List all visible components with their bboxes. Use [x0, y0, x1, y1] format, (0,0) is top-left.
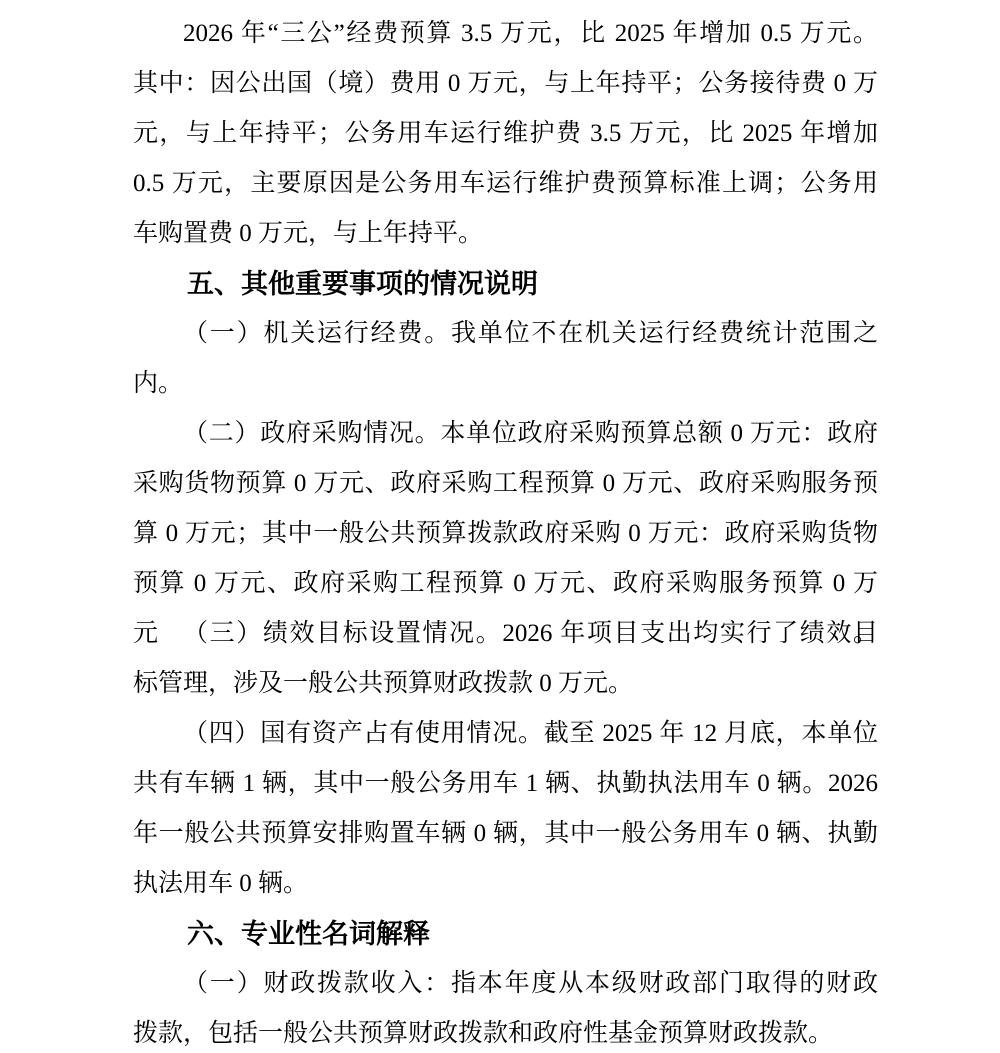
text-line: （四）国有资产占有使用情况。截至 2025 年 12 月底，本单位 — [133, 709, 878, 759]
text-line: （二）政府采购情况。本单位政府采购预算总额 0 万元：政府 — [133, 409, 878, 459]
text-line: 执法用车 0 辆。 — [133, 859, 878, 909]
document-body: 2026 年“三公”经费预算 3.5 万元，比 2025 年增加 0.5 万元。… — [133, 9, 878, 1053]
text-line: 预算 0 万元、政府采购工程预算 0 万元、政府采购服务预算 0 万元。 — [133, 559, 878, 609]
text-line: 元，与上年持平；公务用车运行维护费 3.5 万元，比 2025 年增加 — [133, 109, 878, 159]
text-line: 拨款，包括一般公共预算财政拨款和政府性基金预算财政拨款。 — [133, 1009, 878, 1053]
text-line: 标管理，涉及一般公共预算财政拨款 0 万元。 — [133, 659, 878, 709]
section-heading: 六、专业性名词解释 — [133, 909, 878, 959]
text-line: 共有车辆 1 辆，其中一般公务用车 1 辆、执勤执法用车 0 辆。2026 — [133, 759, 878, 809]
text-line: （三）绩效目标设置情况。2026 年项目支出均实行了绩效目 — [133, 609, 878, 659]
text-line: 其中：因公出国（境）费用 0 万元，与上年持平；公务接待费 0 万 — [133, 59, 878, 109]
text-line: 算 0 万元；其中一般公共预算拨款政府采购 0 万元：政府采购货物 — [133, 509, 878, 559]
text-line: （一）机关运行经费。我单位不在机关运行经费统计范围之 — [133, 309, 878, 359]
text-line: 内。 — [133, 359, 878, 409]
section-heading: 五、其他重要事项的情况说明 — [133, 259, 878, 309]
text-line: 2026 年“三公”经费预算 3.5 万元，比 2025 年增加 0.5 万元。 — [133, 9, 878, 59]
text-line: 年一般公共预算安排购置车辆 0 辆，其中一般公务用车 0 辆、执勤 — [133, 809, 878, 859]
text-line: 0.5 万元，主要原因是公务用车运行维护费预算标准上调；公务用 — [133, 159, 878, 209]
text-line: 车购置费 0 万元，与上年持平。 — [133, 209, 878, 259]
document-page: 2026 年“三公”经费预算 3.5 万元，比 2025 年增加 0.5 万元。… — [0, 0, 1000, 1053]
text-line: 采购货物预算 0 万元、政府采购工程预算 0 万元、政府采购服务预 — [133, 459, 878, 509]
text-line: （一）财政拨款收入：指本年度从本级财政部门取得的财政 — [133, 959, 878, 1009]
